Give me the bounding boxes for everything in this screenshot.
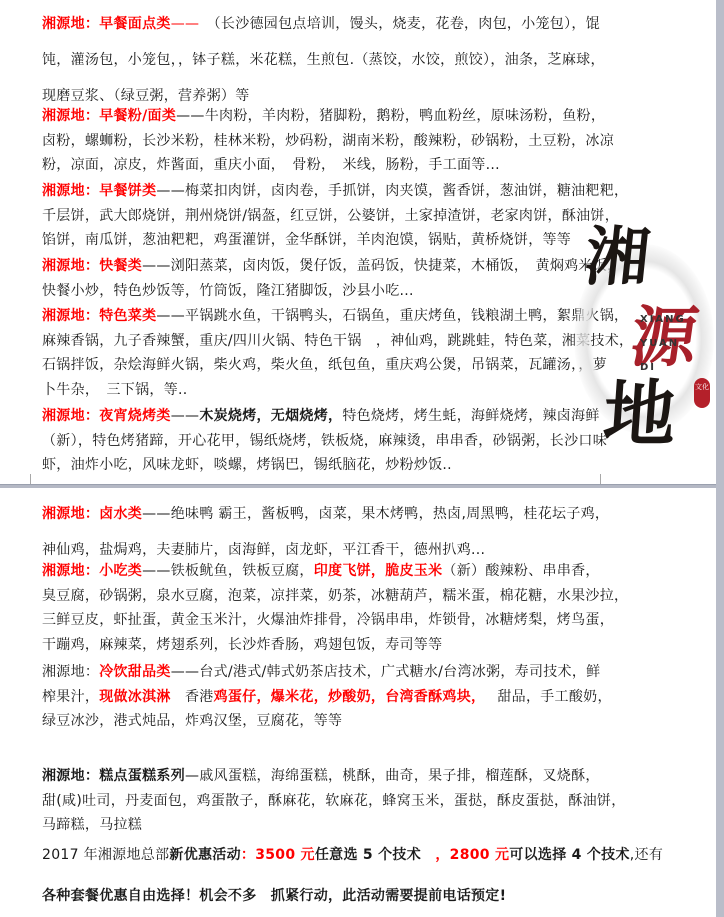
section-line: 虾，油炸小吃，风味龙虾，啖螺，烤锅巴，锡纸脑花，炒粉炒饭.. bbox=[42, 453, 612, 478]
category-title: 小吃类 bbox=[99, 563, 142, 579]
promo-tail: ,还有 bbox=[630, 847, 663, 863]
offer-4-techniques: 可以选择 4 个技术 bbox=[509, 847, 630, 863]
section-line: 湘源地：早餐面点类—— （长沙德园包点培训，馒头，烧麦，花卷，肉包，小笼包），馄 bbox=[42, 6, 612, 42]
item-text: 浏阳蒸菜，卤肉饭，煲仔饭，盖码饭，快捷菜，木桶饭， 黄焖鸡米饭， bbox=[171, 258, 622, 274]
category-title: 特色菜类 bbox=[99, 308, 156, 324]
bold-lead: 木炭烧烤，无烟烧烤， bbox=[199, 408, 342, 424]
item-text: 香港 bbox=[171, 689, 214, 705]
dash: —— bbox=[171, 664, 200, 680]
section-line: 卤粉，螺蛳粉，长沙米粉，桂林米粉，炒码粉，湖南米粉，酸辣粉，砂锅粉，土豆粉，冰凉 bbox=[42, 129, 612, 154]
section-line: 甜(咸)吐司，丹麦面包，鸡蛋散子，酥麻花，软麻花，蜂窝玉米，蛋挞，酥皮蛋挞，酥油… bbox=[42, 789, 612, 814]
brand-prefix: 湘源地： bbox=[42, 768, 99, 784]
section-line: （新），特色烤猪蹄，开心花甲，锡纸烧烤，铁板烧，麻辣烫，串串香，砂锅粥，长沙口味 bbox=[42, 429, 612, 454]
promo-colon: ： bbox=[241, 847, 255, 863]
section-snacks: 湘源地：小吃类——铁板鱿鱼，铁板豆腐，印度飞饼，脆皮玉米（新）酸辣粉、串串香， … bbox=[42, 559, 612, 657]
closing-text: 各种套餐优惠自由选择！机会不多 抓紧行动，此活动需要提前电话预定! bbox=[42, 884, 612, 909]
section-line: 粉，凉面，凉皮，炸酱面，重庆小面， 骨粉， 米线，肠粉，手工面等... bbox=[42, 153, 612, 178]
category-title: 冷饮甜品类 bbox=[99, 664, 171, 680]
pinyin-yuan: YUAN bbox=[640, 332, 700, 356]
price-3500: 3500 元 bbox=[255, 847, 315, 863]
logo-char-yuan: 源 bbox=[625, 284, 704, 379]
dash: —— bbox=[171, 408, 200, 424]
brand-prefix: 湘源地： bbox=[42, 258, 99, 274]
item-text: （长沙德园包点培训，馒头，烧麦，花卷，肉包，小笼包），馄 bbox=[199, 16, 600, 32]
section-line: 湘源地：特色菜类——平锅跳水鱼，干锅鸭头，石锅鱼，重庆烤鱼，钱粮湖土鸭，絮鼎火锅… bbox=[42, 304, 612, 329]
section-line: 千层饼，武大郎烧饼，荆州烧饼/锅盔，红豆饼，公婆饼，土家掉渣饼，老家肉饼，酥油饼… bbox=[42, 204, 612, 229]
section-line: 麻辣香锅，九子香辣蟹，重庆/四川火锅、特色干锅 ，神仙鸡，跳跳蛙，特色菜，湘菜技… bbox=[42, 329, 612, 354]
brand-prefix: 湘源地： bbox=[42, 563, 99, 579]
item-text: 梅菜扣肉饼，卤肉卷，手抓饼，肉夹馍，酱香饼，葱油饼，糖油粑粑， bbox=[185, 183, 628, 199]
separator: ， bbox=[421, 847, 450, 863]
item-text: 牛肉粉，羊肉粉，猪脚粉，鹅粉，鸭血粉丝，原味汤粉，鱼粉， bbox=[205, 108, 605, 124]
item-text: 甜品，手工酸奶， bbox=[478, 689, 611, 705]
section-breakfast-pancakes: 湘源地：早餐饼类——梅菜扣肉饼，卤肉卷，手抓饼，肉夹馍，酱香饼，葱油饼，糖油粑粑… bbox=[42, 179, 612, 253]
category-title: 糕点蛋糕系列 bbox=[99, 768, 185, 784]
price-2800: 2800 元 bbox=[450, 847, 510, 863]
item-text: 戚风蛋糕，海绵蛋糕，桃酥，曲奇，果子排，榴莲酥，叉烧酥， bbox=[199, 768, 599, 784]
category-title: 快餐类 bbox=[99, 258, 142, 274]
highlight-text: 印度飞饼，脆皮玉米 bbox=[314, 563, 443, 579]
section-specialty-dishes: 湘源地：特色菜类——平锅跳水鱼，干锅鸭头，石锅鱼，重庆烤鱼，钱粮湖土鸭，絮鼎火锅… bbox=[42, 304, 612, 402]
closing-line: 各种套餐优惠自由选择！机会不多 抓紧行动，此活动需要提前电话预定! bbox=[42, 884, 612, 909]
promo-line: 2017 年湘源地总部新优惠活动：3500 元任意选 5 个技术 ，2800 元… bbox=[42, 843, 612, 868]
section-line: 湘源地：小吃类——铁板鱿鱼，铁板豆腐，印度飞饼，脆皮玉米（新）酸辣粉、串串香， bbox=[42, 559, 612, 584]
window-scrollbar-track[interactable] bbox=[716, 0, 724, 917]
category-title: 卤水类 bbox=[99, 506, 142, 522]
section-line: 湘源地：糕点蛋糕系列—戚风蛋糕，海绵蛋糕，桃酥，曲奇，果子排，榴莲酥，叉烧酥， bbox=[42, 764, 612, 789]
promo-year: 2017 年湘源地总部 bbox=[42, 847, 169, 863]
section-line: 湘源地：早餐饼类——梅菜扣肉饼，卤肉卷，手抓饼，肉夹馍，酱香饼，葱油饼，糖油粑粑… bbox=[42, 179, 612, 204]
dash: —— bbox=[156, 308, 185, 324]
logo-char-di: 地 bbox=[600, 356, 679, 460]
section-line: 卜牛杂， 三下锅，等.. bbox=[42, 378, 612, 403]
section-line: 臭豆腐，砂锅粥，泉水豆腐，泡菜，凉拌菜，奶茶，冰糖葫芦，糯米蛋，棉花糖，水果沙拉… bbox=[42, 584, 612, 609]
dash: —— bbox=[156, 183, 185, 199]
dash: —— bbox=[142, 563, 171, 579]
item-text: 台式/港式/韩式奶茶店技术，广式糖水/台湾冰粥，寿司技术，鲜 bbox=[199, 664, 600, 680]
brand-prefix: 湘源地： bbox=[42, 108, 99, 124]
dash: —— bbox=[171, 16, 200, 32]
brand-prefix: 湘源地： bbox=[42, 16, 99, 32]
highlight-text: 鸡蛋仔，爆米花，炒酸奶，台湾香酥鸡块， bbox=[214, 689, 479, 705]
section-line: 湘源地：卤水类——绝味鸭 霸王，酱板鸭，卤菜，果木烤鸭，热卤,周黑鸭，桂花坛子鸡… bbox=[42, 496, 612, 532]
section-line: 湘源地：夜宵烧烤类——木炭烧烤，无烟烧烤，特色烧烤，烤生蚝，海鲜烧烤，辣卤海鲜 bbox=[42, 404, 612, 429]
item-text: 铁板鱿鱼，铁板豆腐， bbox=[171, 563, 314, 579]
section-line: 榨果汁，现做冰淇淋 香港鸡蛋仔，爆米花，炒酸奶，台湾香酥鸡块， 甜品，手工酸奶， bbox=[42, 685, 612, 710]
section-night-bbq: 湘源地：夜宵烧烤类——木炭烧烤，无烟烧烤，特色烧烤，烤生蚝，海鲜烧烤，辣卤海鲜 … bbox=[42, 404, 612, 478]
category-title: 早餐饼类 bbox=[99, 183, 156, 199]
pinyin-xiang: XIANG bbox=[640, 308, 700, 332]
section-line: 石锅拌饭，杂烩海鲜火锅，柴火鸡，柴火鱼，纸包鱼，重庆鸡公煲，吊锅菜，瓦罐汤，，萝 bbox=[42, 353, 612, 378]
item-text: 特色烧烤，烤生蚝，海鲜烧烤，辣卤海鲜 bbox=[342, 408, 599, 424]
section-line: 湘源地：快餐类——浏阳蒸菜，卤肉饭，煲仔饭，盖码饭，快捷菜，木桶饭， 黄焖鸡米饭… bbox=[42, 254, 612, 279]
logo-pinyin: XIANG YUAN DI bbox=[640, 308, 700, 380]
item-text: 绝味鸭 霸王，酱板鸭，卤菜，果木烤鸭，热卤,周黑鸭，桂花坛子鸡， bbox=[171, 506, 610, 522]
document-page-1: 湘源地：早餐面点类—— （长沙德园包点培训，馒头，烧麦，花卷，肉包，小笼包），馄… bbox=[0, 0, 716, 484]
section-breakfast-pastry: 湘源地：早餐面点类—— （长沙德园包点培训，馒头，烧麦，花卷，肉包，小笼包），馄… bbox=[42, 6, 612, 114]
section-drinks: 湘源地：冷饮甜品类——台式/港式/韩式奶茶店技术，广式糖水/台湾冰粥，寿司技术，… bbox=[42, 660, 612, 734]
section-breakfast-noodles: 湘源地：早餐粉/面类——牛肉粉，羊肉粉，猪脚粉，鹅粉，鸭血粉丝，原味汤粉，鱼粉，… bbox=[42, 104, 612, 178]
section-line: 饨，灌汤包，小笼包，，钵子糕，米花糕，生煎包.（蒸饺，水饺，煎饺），油条，芝麻球… bbox=[42, 42, 612, 78]
section-line: 快餐小炒，特色炒饭等，竹筒饭，隆江猪脚饭，沙县小吃... bbox=[42, 279, 612, 304]
brand-prefix: 湘源地： bbox=[42, 408, 99, 424]
item-text: 榨果汁， bbox=[42, 689, 99, 705]
promo-title: 新优惠活动 bbox=[169, 847, 241, 863]
item-text: （新）酸辣粉、串串香， bbox=[442, 563, 599, 579]
category-title: 夜宵烧烤类 bbox=[99, 408, 171, 424]
section-line: 湘源地：早餐粉/面类——牛肉粉，羊肉粉，猪脚粉，鹅粉，鸭血粉丝，原味汤粉，鱼粉， bbox=[42, 104, 612, 129]
promo-text: 2017 年湘源地总部新优惠活动：3500 元任意选 5 个技术 ，2800 元… bbox=[42, 843, 612, 868]
section-line: 绿豆冰沙，港式炖品，炸鸡汉堡，豆腐花，等等 bbox=[42, 709, 612, 734]
section-cakes: 湘源地：糕点蛋糕系列—戚风蛋糕，海绵蛋糕，桃酥，曲奇，果子排，榴莲酥，叉烧酥， … bbox=[42, 764, 612, 838]
dash: —— bbox=[176, 108, 205, 124]
brand-prefix: 湘源地： bbox=[42, 664, 99, 680]
category-title: 早餐粉/面类 bbox=[99, 108, 176, 124]
brand-prefix: 湘源地： bbox=[42, 183, 99, 199]
section-line: 湘源地：冷饮甜品类——台式/港式/韩式奶茶店技术，广式糖水/台湾冰粥，寿司技术，… bbox=[42, 660, 612, 685]
section-line: 三鲜豆皮，虾扯蛋，黄金玉米汁，火爆油炸排骨，冷锅串串，炸锁骨，冰糖烤梨，烤鸟蛋， bbox=[42, 608, 612, 633]
section-line: 干蹦鸡，麻辣菜，烤翅系列，长沙炸香肠，鸡翅包饭，寿司等等 bbox=[42, 633, 612, 658]
item-text: 平锅跳水鱼，干锅鸭头，石锅鱼，重庆烤鱼，钱粮湖土鸭，絮鼎火锅， bbox=[185, 308, 628, 324]
offer-5-techniques: 任意选 5 个技术 bbox=[315, 847, 421, 863]
dash: —— bbox=[142, 506, 171, 522]
dash: — bbox=[185, 768, 199, 784]
section-line: 馅饼，南瓜饼，葱油粑粑，鸡蛋灌饼，金华酥饼，羊肉泡馍，锅贴，黄桥烧饼，等等 bbox=[42, 228, 612, 253]
highlight-text: 现做冰淇淋 bbox=[99, 689, 171, 705]
section-line: 马蹄糕，马拉糕 bbox=[42, 813, 612, 838]
seal-stamp-icon: 文化 bbox=[694, 378, 710, 408]
dash: —— bbox=[142, 258, 171, 274]
category-title: 早餐面点类 bbox=[99, 16, 171, 32]
section-fast-food: 湘源地：快餐类——浏阳蒸菜，卤肉饭，煲仔饭，盖码饭，快捷菜，木桶饭， 黄焖鸡米饭… bbox=[42, 254, 612, 303]
section-braised: 湘源地：卤水类——绝味鸭 霸王，酱板鸭，卤菜，果木烤鸭，热卤,周黑鸭，桂花坛子鸡… bbox=[42, 496, 612, 568]
pinyin-di: DI bbox=[640, 356, 700, 380]
brand-prefix: 湘源地： bbox=[42, 308, 99, 324]
brand-prefix: 湘源地： bbox=[42, 506, 99, 522]
